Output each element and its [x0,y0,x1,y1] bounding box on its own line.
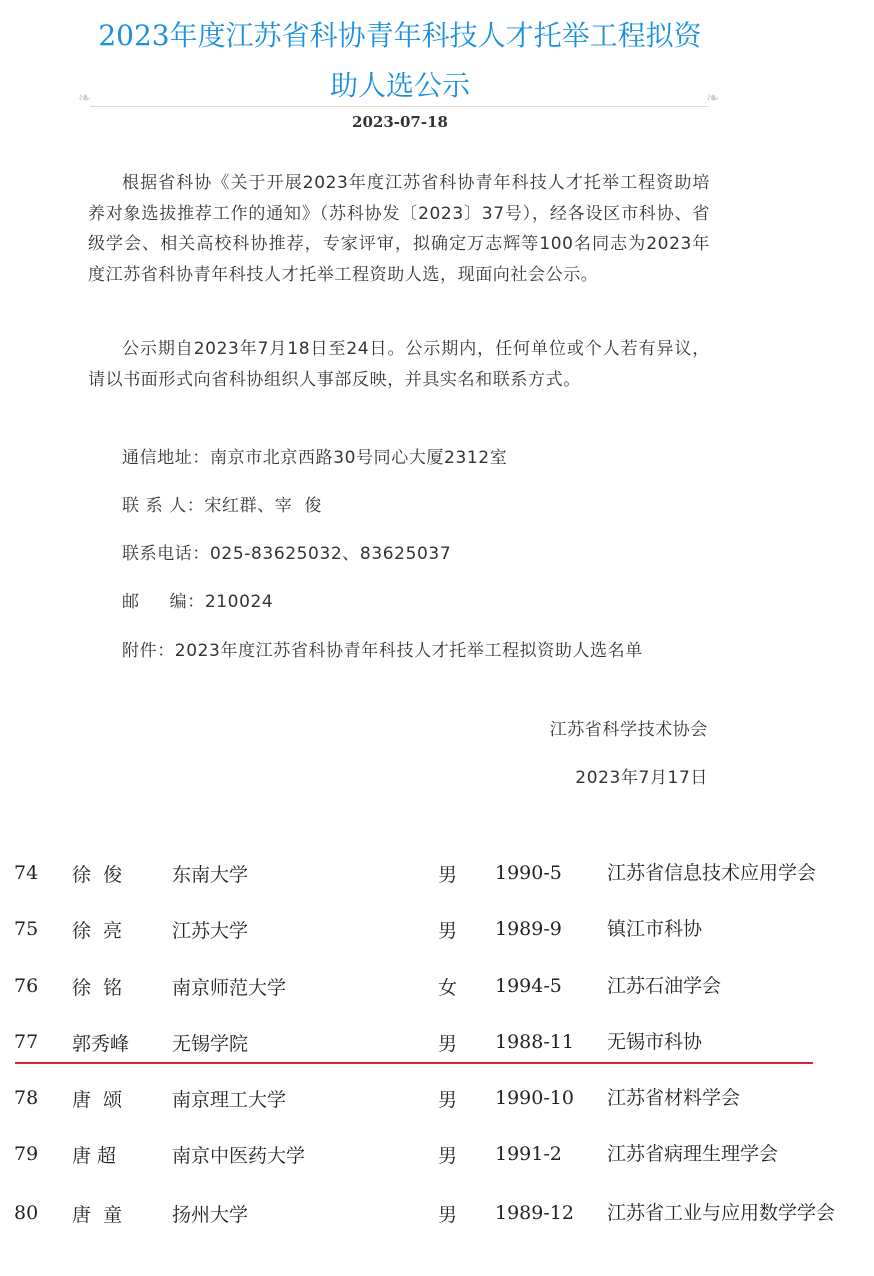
cell-name: 唐 超 [72,1126,116,1182]
cell-recommender: 镇江市科协 [607,901,847,957]
cell-birth: 1990-10 [495,1070,574,1126]
table-row: 74 徐 俊 东南大学 男 1990-5 江苏省信息技术应用学会 [0,845,874,901]
table-row: 78 唐 颂 南京理工大学 男 1990-10 江苏省材料学会 [0,1070,874,1126]
cell-recommender: 江苏省材料学会 [607,1070,847,1126]
signature-date: 2023年7月17日 [575,763,708,788]
cell-sex: 男 [438,1185,457,1241]
cell-birth: 1991-2 [495,1126,562,1182]
cell-name: 徐 铭 [72,958,122,1014]
publish-date: 2023-07-18 [80,113,720,131]
cell-sex: 女 [438,958,457,1014]
cell-unit: 南京师范大学 [172,958,286,1014]
cell-recommender: 江苏省工业与应用数学学会 [607,1185,847,1241]
cell-birth: 1994-5 [495,958,562,1014]
cell-sex: 男 [438,901,457,957]
cell-name: 徐 俊 [72,845,122,901]
cell-number: 80 [14,1185,38,1241]
divider-rule [90,106,708,107]
table-row: 76 徐 铭 南京师范大学 女 1994-5 江苏石油学会 [0,958,874,1014]
highlight-underline [15,1062,813,1064]
table-row: 75 徐 亮 江苏大学 男 1989-9 镇江市科协 [0,901,874,957]
paragraph-period: 公示期自2023年7月18日至24日。公示期内，任何单位或个人若有异议，请以书面… [88,334,710,395]
cell-birth: 1989-12 [495,1185,574,1241]
title-divider: ❧ ❧ [78,88,720,108]
cell-number: 74 [14,845,38,901]
cell-unit: 江苏大学 [172,901,248,957]
cell-name: 唐 颂 [72,1070,122,1126]
cell-unit: 东南大学 [172,845,248,901]
cell-name: 唐 童 [72,1185,122,1241]
intro-text: 根据省科协《关于开展2023年度江苏省科协青年科技人才托举工程资助培养对象选拔推… [88,168,710,290]
cell-number: 75 [14,901,38,957]
cell-sex: 男 [438,1126,457,1182]
contact-address: 通信地址：南京市北京西路30号同心大厦2312室 [88,443,710,473]
cell-unit: 扬州大学 [172,1185,248,1241]
attachment-note: 附件：2023年度江苏省科协青年科技人才托举工程拟资助人选名单 [88,635,710,667]
cell-unit: 南京中医药大学 [172,1126,305,1182]
postal-code: 邮 编：210024 [88,587,710,617]
paragraph-intro: 根据省科协《关于开展2023年度江苏省科协青年科技人才托举工程资助培养对象选拔推… [88,168,710,290]
scroll-ornament-icon: ❧ [78,88,92,108]
cell-sex: 男 [438,1070,457,1126]
period-text: 公示期自2023年7月18日至24日。公示期内，任何单位或个人若有异议，请以书面… [88,334,710,395]
contact-person: 联 系 人：宋红群、宰 俊 [88,491,710,521]
cell-number: 76 [14,958,38,1014]
cell-recommender: 江苏省信息技术应用学会 [607,845,847,901]
cell-birth: 1990-5 [495,845,562,901]
signature-organization: 江苏省科学技术协会 [550,715,708,740]
cell-name: 徐 亮 [72,901,122,957]
table-row: 80 唐 童 扬州大学 男 1989-12 江苏省工业与应用数学学会 [0,1185,874,1241]
cell-sex: 男 [438,845,457,901]
cell-recommender: 江苏省病理生理学会 [607,1126,847,1182]
cell-unit: 南京理工大学 [172,1070,286,1126]
cell-recommender: 江苏石油学会 [607,958,847,1014]
cell-birth: 1989-9 [495,901,562,957]
table-row: 79 唐 超 南京中医药大学 男 1991-2 江苏省病理生理学会 [0,1126,874,1182]
cell-number: 79 [14,1126,38,1182]
contact-phone: 联系电话：025-83625032、83625037 [88,539,710,569]
scroll-ornament-icon: ❧ [706,88,720,108]
cell-number: 78 [14,1070,38,1126]
